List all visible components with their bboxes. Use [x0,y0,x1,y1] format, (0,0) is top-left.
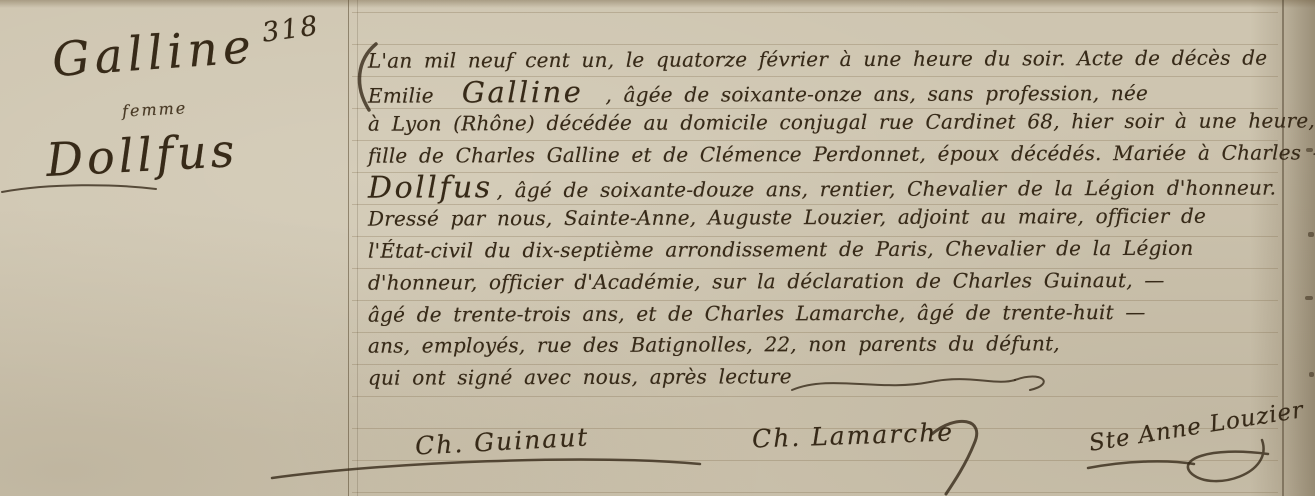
record-line-10: ans, employés, rue des Batignolles, 22, … [368,328,1315,363]
record-line-1: L'an mil neuf cent un, le quatorze févri… [368,42,1315,77]
record-text: L'an mil neuf cent un, le quatorze févri… [368,44,1315,393]
margin-rule-line [348,0,349,496]
margin-spouse-surname: Dollfus [45,123,240,187]
record-line-8: d'honneur, officier d'Académie, sur la d… [368,264,1315,299]
act-number: 318 [260,10,321,49]
deceased-first-name: Emilie [368,83,434,107]
adjacent-page-ink [1309,372,1314,377]
signature-louzier-loop [1150,436,1280,494]
signature-lamarche-flourish [928,412,992,496]
record-line-7: l'État-civil du dix-septième arrondissem… [368,232,1315,267]
margin-underline-flourish [0,180,160,196]
record-line-5-rest: , âgé de soixante-douze ans, rentier, Ch… [497,175,1277,202]
adjacent-page-ink [1305,296,1313,300]
deceased-surname: Galline [462,75,584,109]
record-line-4: fille de Charles Galline et de Clémence … [368,137,1315,172]
record-line-2-rest: , âgée de soixante-onze ans, sans profes… [605,81,1148,107]
margin-relation: femme [122,98,188,120]
record-line-9: âgé de trente-trois ans, et de Charles L… [368,296,1315,331]
adjacent-page-ink [1308,232,1314,237]
spouse-surname: Dollfus [368,170,493,205]
record-line-3: à Lyon (Rhône) décédée au domicile conju… [368,106,1315,141]
signature-guinaut-underline [268,452,708,484]
death-record-register-page: Galline 318 femme Dollfus L'an mil neuf … [0,0,1315,496]
margin-surname: Galline [50,19,257,88]
record-line-5: Dollfus, âgé de soixante-douze ans, rent… [368,169,1315,204]
record-line-6: Dressé par nous, Sainte-Anne, Auguste Lo… [368,201,1315,236]
record-line-2: EmilieGalline, âgée de soixante-onze ans… [368,74,1315,109]
adjacent-page-ink [1306,148,1313,152]
closing-flourish [790,370,1060,398]
